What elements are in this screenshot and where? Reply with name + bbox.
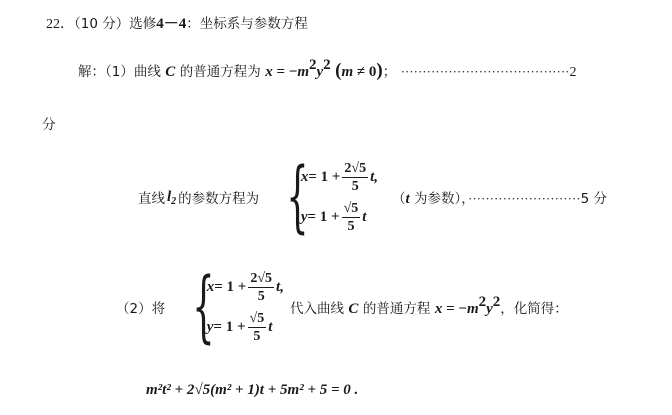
score-2: 2 bbox=[569, 65, 576, 80]
result-equation: m²t² + 2√5(m² + 1)t + 5m² + 5 = 0 . bbox=[146, 382, 358, 399]
part2-mid1: 代入曲线 bbox=[290, 301, 344, 317]
elective-code: 4－4 bbox=[156, 16, 186, 32]
part2-tail: ，化简得： bbox=[500, 301, 568, 317]
semicolon: ； bbox=[383, 64, 397, 80]
curve-equation: x = −m2y2 bbox=[265, 64, 330, 80]
part1-line: 解：（1）曲线 C 的普通方程为 x = −m2y2 (m ≠ 0)； ····… bbox=[78, 60, 576, 82]
x-equation: x = 1 + 2√55t, bbox=[207, 268, 284, 306]
problem-topic: 坐标系与参数方程 bbox=[200, 16, 308, 32]
left-brace: { bbox=[286, 158, 308, 236]
part1-lead: 解：（1）曲线 bbox=[78, 64, 161, 80]
part1-mid: 的普通方程为 bbox=[180, 64, 261, 80]
problem-heading: 22．（10 分）选修4－4：坐标系与参数方程 bbox=[46, 12, 308, 33]
part2-mid2: 的普通方程 bbox=[363, 301, 431, 317]
score-5: 5 分 bbox=[581, 191, 607, 207]
elective-prefix: 选修 bbox=[129, 16, 156, 32]
x-equation: x = 1 + 2√55t, bbox=[301, 158, 378, 196]
part2-lead: （2）将 bbox=[116, 297, 165, 317]
note-open: （ bbox=[392, 191, 406, 207]
part2-block: （2）将 { x = 1 + 2√55t, y = 1 + √55t 代入曲线 … bbox=[116, 268, 568, 346]
line-symbol: l2 bbox=[167, 189, 176, 206]
curve-symbol: C bbox=[348, 301, 358, 317]
param-system-2: { x = 1 + 2√55t, y = 1 + √55t bbox=[165, 268, 284, 346]
leader-dots: ······································· bbox=[401, 64, 570, 79]
problem-number: 22． bbox=[46, 17, 74, 32]
y-equation: y = 1 + √55t bbox=[207, 308, 284, 346]
colon: ： bbox=[186, 16, 200, 32]
line-lead: 直线 bbox=[138, 187, 165, 207]
line-param-block: 直线 l2 的参数方程为 { x = 1 + 2√55t, y = 1 + √5… bbox=[138, 158, 607, 236]
leader-dots: ·························· bbox=[468, 191, 581, 206]
condition: (m ≠ 0) bbox=[335, 64, 383, 80]
score-unit: 分 bbox=[42, 113, 56, 133]
param-system: { x = 1 + 2√55t, y = 1 + √55t bbox=[259, 158, 378, 236]
y-equation: y = 1 + √55t bbox=[301, 198, 378, 236]
note-rest: 为参数）， bbox=[410, 191, 468, 207]
curve-equation: x = −m2y2 bbox=[435, 301, 500, 317]
left-brace: { bbox=[192, 268, 214, 346]
line-mid: 的参数方程为 bbox=[178, 187, 259, 207]
problem-points: （10 分） bbox=[74, 16, 129, 32]
curve-symbol: C bbox=[165, 64, 175, 80]
